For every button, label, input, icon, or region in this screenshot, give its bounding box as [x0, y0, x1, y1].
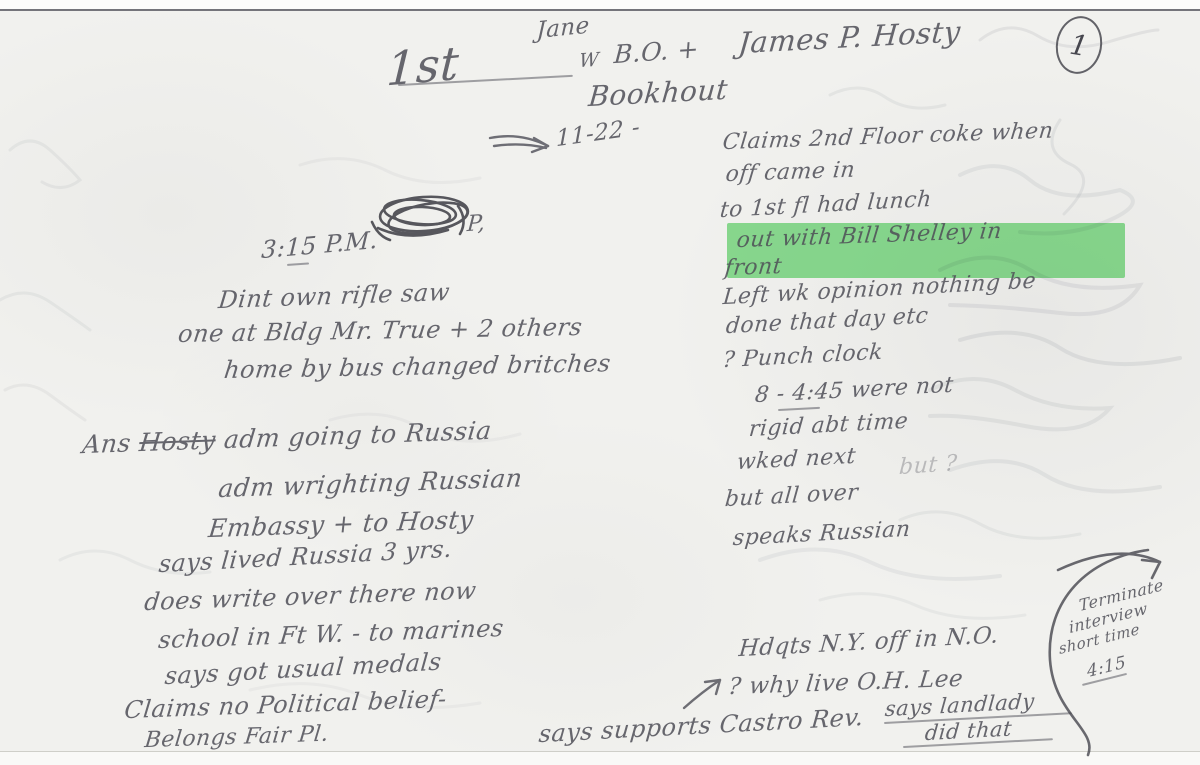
ans-prefix: Ans: [81, 428, 141, 459]
header-sequence: 1st: [385, 36, 460, 97]
scribble-blot: [362, 188, 484, 246]
header-with-abbrev: W: [578, 49, 600, 73]
scanned-note-page: 1st Jane W B.O. + James P. Hosty Bookhou…: [0, 0, 1200, 765]
highlighted-line-2: front: [723, 254, 783, 281]
scribble-suffix: P,: [466, 211, 486, 237]
terminate-loop-and-arrow: [1028, 540, 1200, 765]
page-number: 1: [1067, 27, 1090, 63]
arrow-ne-icon: [680, 672, 726, 712]
header-bureau-office: B.O. +: [613, 34, 700, 69]
line-off-came-in: off came in: [724, 157, 856, 187]
ans-struck-word: Hosty: [138, 425, 217, 457]
arrow-right-icon: [488, 130, 560, 158]
line-faint-but: but ?: [898, 451, 958, 480]
